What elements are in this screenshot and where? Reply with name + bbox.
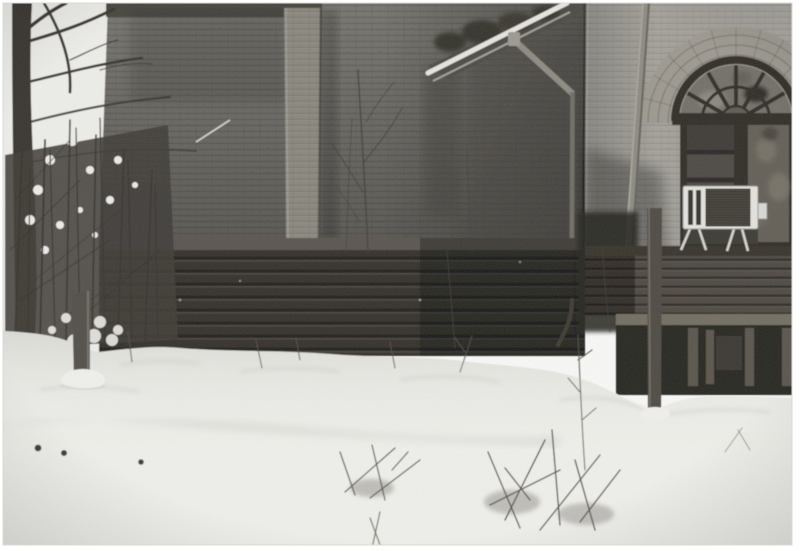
photo-canvas: [0, 0, 800, 551]
photo-area: [3, 0, 800, 550]
vignette: [3, 3, 792, 545]
scanned-photo: [0, 0, 800, 551]
